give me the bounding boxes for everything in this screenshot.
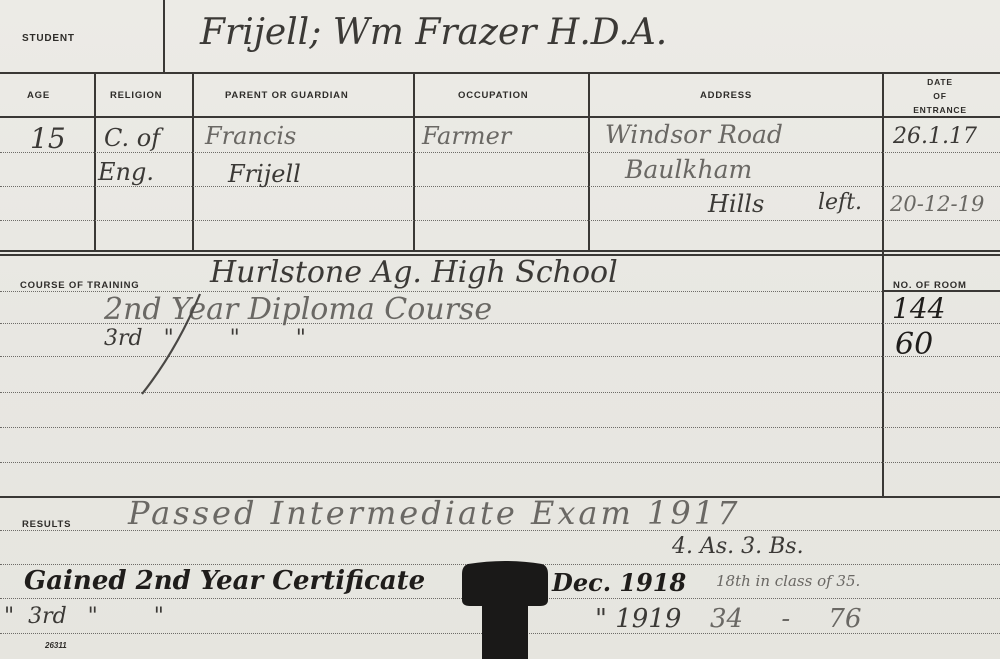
results-line-4: Dec. 1918 [552,568,686,597]
parent-guardian-header: PARENT OR GUARDIAN [225,90,348,101]
results-line-1: Passed Intermediate Exam 1917 [128,494,740,532]
results-line-2: 4. As. 3. Bs. [672,534,804,559]
card-serial-number: 26311 [45,641,67,650]
course-line-1: Hurlstone Ag. High School [210,255,618,290]
results-line-7: " 1919 [595,604,681,634]
religion-header: RELIGION [110,90,162,101]
room-value-1: 144 [892,292,945,325]
col-divider-address [882,72,884,497]
header-top-rule [0,72,1000,74]
dotted-line [0,186,1000,187]
date-of-entrance-header: DATE OF ENTRANCE [890,75,990,117]
student-label: STUDENT [22,33,75,44]
results-label: RESULTS [22,519,71,530]
date-left-value: 20-12-19 [890,192,984,216]
religion-line-2: Eng. [98,158,154,186]
col-divider-parent [413,72,415,250]
parent-line-2: Frijell [228,160,301,188]
results-line-8: 34 - 76 [710,604,861,634]
age-value: 15 [30,122,66,155]
header-bottom-rule [0,116,1000,118]
results-line-5: 18th in class of 35. [716,572,860,590]
dotted-line [0,427,1000,428]
age-header: AGE [27,90,50,101]
occupation-value: Farmer [422,122,511,150]
student-record-card: STUDENT Frijell; Wm Frazer H.D.A. AGE RE… [0,0,1000,659]
results-line-6: " 3rd " " [4,604,164,629]
dotted-line [0,462,1000,463]
address-line-3: Hills [708,190,764,218]
ink-stroke [130,290,210,400]
occupation-header: OCCUPATION [458,90,528,101]
address-header: ADDRESS [700,90,752,101]
address-line-2: Baulkham [625,155,752,184]
results-line-3: Gained 2nd Year Certificate [24,566,425,596]
details-bottom-rule [0,250,1000,252]
index-card-tab-cutout [462,560,548,659]
col-divider-occupation [588,72,590,250]
col-divider-age [94,72,96,250]
room-value-2: 60 [895,327,933,362]
left-note: left. [818,190,862,215]
date-of-entrance-value: 26.1.17 [893,124,977,149]
parent-line-1: Francis [205,122,296,150]
student-divider [163,0,165,72]
col-divider-religion [192,72,194,250]
address-line-1: Windsor Road [605,120,783,149]
dotted-line [0,152,1000,153]
dotted-line [0,220,1000,221]
course-of-training-label: COURSE OF TRAINING [20,280,139,291]
religion-line-1: C. of [104,124,160,152]
student-name: Frijell; Wm Frazer H.D.A. [200,12,667,53]
